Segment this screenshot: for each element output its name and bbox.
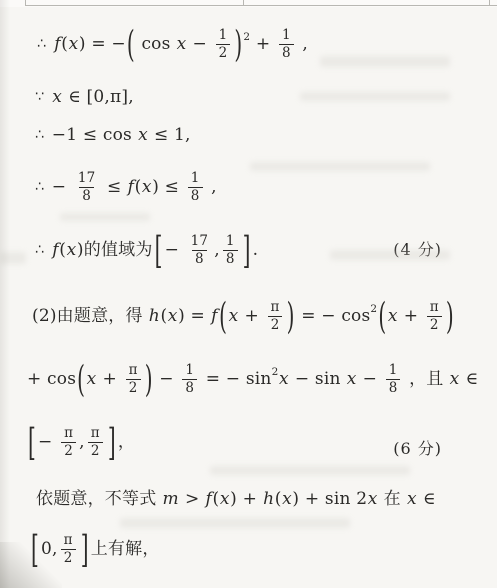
math-variable: f bbox=[127, 177, 135, 197]
math-variable: x bbox=[86, 369, 97, 389]
math-text: ( bbox=[160, 306, 167, 326]
math-variable: m bbox=[162, 489, 179, 509]
math-text: ) bbox=[77, 240, 84, 260]
math-text: ∈ bbox=[417, 489, 435, 509]
big-bracket: [ bbox=[155, 232, 163, 269]
rule-tick bbox=[489, 0, 490, 5]
math-text: − sin bbox=[289, 369, 346, 389]
math-text: ) ≤ bbox=[152, 177, 184, 197]
math-variable: x bbox=[449, 369, 460, 389]
math-text: 上有解， bbox=[91, 539, 160, 559]
fraction: 18 bbox=[223, 233, 238, 268]
logic-symbol: ∴ bbox=[35, 127, 52, 144]
math-text: 依题意，不等式 bbox=[36, 489, 162, 509]
math-text: + bbox=[398, 306, 424, 326]
math-variable: x bbox=[219, 489, 230, 509]
math-variable: f bbox=[211, 306, 219, 326]
fraction: 18 bbox=[188, 170, 203, 205]
math-text: ) = − bbox=[79, 34, 126, 54]
math-text: ) = bbox=[178, 306, 210, 326]
rule-horizontal-line bbox=[25, 5, 497, 6]
math-text: + bbox=[239, 306, 265, 326]
scan-artifact bbox=[250, 162, 430, 171]
big-paren: ( bbox=[378, 298, 386, 334]
score-mark: (6 分) bbox=[393, 436, 442, 459]
math-variable: f bbox=[54, 34, 62, 54]
math-text: − bbox=[38, 432, 58, 452]
math-text: ( bbox=[275, 489, 282, 509]
math-text: − bbox=[187, 34, 213, 54]
math-text: − bbox=[165, 240, 185, 260]
math-variable: x bbox=[406, 489, 417, 509]
math-text: , bbox=[206, 177, 217, 197]
big-bracket: [ bbox=[28, 424, 36, 461]
math-variable: x bbox=[346, 369, 357, 389]
math-variable: x bbox=[68, 34, 79, 54]
scan-artifact bbox=[120, 518, 350, 528]
rule-tick bbox=[25, 0, 26, 5]
math-variable: x bbox=[138, 125, 149, 145]
fraction: 18 bbox=[182, 362, 197, 397]
math-variable: x bbox=[387, 306, 398, 326]
math-text: ≤ 1, bbox=[148, 125, 190, 145]
math-text: − bbox=[154, 369, 180, 389]
fraction: 178 bbox=[75, 170, 99, 205]
logic-symbol: ∴ bbox=[35, 179, 52, 196]
math-variable: x bbox=[367, 489, 378, 509]
math-text: + bbox=[97, 369, 123, 389]
math-line: ∴ f(x)的值域为[− 178,18]. bbox=[35, 230, 258, 270]
math-text: ) + bbox=[230, 489, 262, 509]
rule-tick bbox=[243, 0, 244, 5]
math-text: ∈ bbox=[460, 369, 478, 389]
math-text: − bbox=[52, 177, 72, 197]
fraction: 12 bbox=[216, 27, 231, 62]
logic-symbol: ∴ bbox=[35, 242, 52, 259]
math-text: . bbox=[253, 240, 259, 260]
math-line: ∵ x ∈ [0,π], bbox=[35, 85, 134, 109]
big-paren: ( bbox=[219, 298, 227, 334]
big-paren: ) bbox=[287, 298, 295, 334]
math-text: −1 ≤ cos bbox=[52, 125, 138, 145]
table-bottom-rule bbox=[0, 0, 497, 7]
math-text: ( bbox=[59, 240, 66, 260]
math-variable: x bbox=[66, 240, 77, 260]
math-text: ∈ [0,π], bbox=[63, 87, 134, 107]
math-text: , bbox=[214, 240, 220, 260]
math-text: cos bbox=[136, 34, 176, 54]
scan-artifact bbox=[210, 466, 410, 475]
math-line: ∴ − 178 ≤ f(x) ≤ 18 , bbox=[35, 168, 217, 206]
math-text: ， bbox=[118, 432, 135, 452]
big-bracket: ] bbox=[81, 531, 89, 568]
fraction: π2 bbox=[268, 299, 283, 334]
fraction: π2 bbox=[61, 532, 76, 567]
math-text: = − cos bbox=[296, 306, 371, 326]
scan-artifact bbox=[320, 56, 450, 67]
math-text: ( bbox=[213, 489, 220, 509]
math-text: + cos bbox=[27, 369, 76, 389]
math-variable: h bbox=[148, 306, 160, 326]
logic-symbol: ∴ bbox=[37, 36, 54, 53]
math-text: 在 bbox=[378, 489, 406, 509]
big-paren: ) bbox=[446, 298, 454, 334]
math-text: , bbox=[297, 34, 308, 54]
fraction: 18 bbox=[386, 362, 401, 397]
big-paren: ( bbox=[77, 361, 85, 397]
big-bracket: ] bbox=[108, 424, 116, 461]
fraction: π2 bbox=[88, 425, 103, 460]
math-variable: x bbox=[282, 489, 293, 509]
math-variable: f bbox=[52, 240, 60, 260]
math-variable: x bbox=[52, 87, 63, 107]
big-paren: ( bbox=[127, 26, 135, 62]
scan-artifact bbox=[330, 250, 450, 260]
fraction: π2 bbox=[61, 425, 76, 460]
logic-symbol: ∵ bbox=[35, 89, 52, 106]
scanned-solution-page: ∴ f(x) = −( cos x − 12)2 + 18 ,∵ x ∈ [0,… bbox=[0, 0, 497, 588]
math-text: > bbox=[179, 489, 205, 509]
scan-artifact bbox=[300, 92, 450, 101]
math-text: ( bbox=[135, 177, 142, 197]
math-variable: x bbox=[167, 306, 178, 326]
math-variable: f bbox=[205, 489, 213, 509]
math-text: ，且 bbox=[403, 369, 449, 389]
fraction: 178 bbox=[188, 233, 212, 268]
math-variable: x bbox=[176, 34, 187, 54]
fraction: π2 bbox=[427, 299, 442, 334]
math-text: ≤ bbox=[101, 177, 127, 197]
scan-artifact bbox=[60, 213, 150, 221]
math-text: − bbox=[357, 369, 383, 389]
math-text: (2)由题意，得 bbox=[32, 306, 148, 326]
math-variable: h bbox=[263, 489, 275, 509]
big-paren: ) bbox=[145, 361, 153, 397]
math-line: + cos(x + π2) − 18 = − sin2x − sin x − 1… bbox=[27, 356, 478, 402]
big-bracket: ] bbox=[243, 232, 251, 269]
math-text: + bbox=[250, 34, 276, 54]
math-text: , bbox=[79, 432, 85, 452]
math-variable: x bbox=[141, 177, 152, 197]
math-text: = − sin bbox=[200, 369, 271, 389]
big-paren: ) bbox=[234, 26, 242, 62]
math-variable: x bbox=[228, 306, 239, 326]
math-line: ∴ f(x) = −( cos x − 12)2 + 18 , bbox=[37, 26, 308, 62]
math-text: 的值域为 bbox=[84, 240, 153, 260]
page-curl-shadow bbox=[0, 542, 62, 588]
scan-artifact bbox=[0, 252, 26, 264]
math-text: ) + sin 2 bbox=[292, 489, 367, 509]
fraction: π2 bbox=[126, 362, 141, 397]
math-line: 依题意，不等式 m > f(x) + h(x) + sin 2x 在 x ∈ bbox=[36, 486, 436, 512]
math-text: ( bbox=[61, 34, 68, 54]
math-line: ∴ −1 ≤ cos x ≤ 1, bbox=[35, 123, 191, 147]
math-variable: x bbox=[278, 369, 289, 389]
fraction: 18 bbox=[279, 27, 294, 62]
math-line: (2)由题意，得 h(x) = f(x + π2) = − cos2(x + π… bbox=[32, 294, 455, 338]
math-line: [− π2,π2]， bbox=[26, 421, 135, 463]
